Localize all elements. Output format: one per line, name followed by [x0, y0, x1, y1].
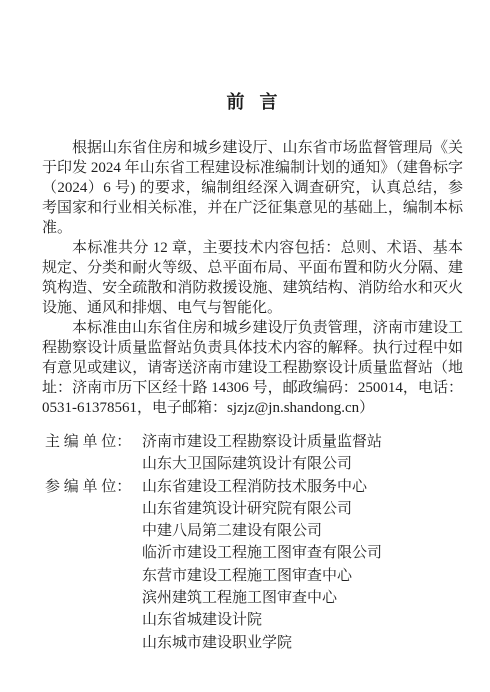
unit-row: 山东大卫国际建筑设计有限公司 [42, 453, 463, 475]
unit-name: 山东省建筑设计研究院有限公司 [142, 498, 463, 520]
unit-row: 山东省建筑设计研究院有限公司 [42, 498, 463, 520]
unit-row: 东营市建设工程施工图审查中心 [42, 565, 463, 587]
document-page: 前 言 根据山东省住房和城乡建设厅、山东省市场监督管理局《关于印发 2024 年… [0, 0, 490, 692]
unit-name: 山东大卫国际建筑设计有限公司 [142, 453, 463, 475]
editing-units-list: 主 编 单 位： 济南市建设工程勘察设计质量监督站 山东大卫国际建筑设计有限公司… [42, 431, 463, 654]
participating-editor-label: 参 编 单 位： [42, 476, 142, 498]
unit-row: 山东城市建设职业学院 [42, 632, 463, 654]
chief-editor-label: 主 编 单 位： [42, 431, 142, 453]
paragraph-basis: 根据山东省住房和城乡建设厅、山东省市场监督管理局《关于印发 2024 年山东省工… [42, 138, 463, 238]
unit-name: 济南市建设工程勘察设计质量监督站 [142, 431, 463, 453]
unit-row: 山东省城建设计院 [42, 609, 463, 631]
unit-row: 主 编 单 位： 济南市建设工程勘察设计质量监督站 [42, 431, 463, 453]
unit-name: 滨州建筑工程施工图审查中心 [142, 587, 463, 609]
paragraph-contents: 本标准共分 12 章，主要技术内容包括：总则、术语、基本规定、分类和耐火等级、总… [42, 238, 463, 318]
paragraph-management-contact: 本标准由山东省住房和城乡建设厅负责管理，济南市建设工程勘察设计质量监督站负责具体… [42, 318, 463, 418]
preface-body: 根据山东省住房和城乡建设厅、山东省市场监督管理局《关于印发 2024 年山东省工… [42, 138, 463, 418]
page-content: 前 言 根据山东省住房和城乡建设厅、山东省市场监督管理局《关于印发 2024 年… [0, 0, 490, 654]
unit-row: 中建八局第二建设有限公司 [42, 520, 463, 542]
page-title: 前 言 [42, 92, 463, 112]
unit-row: 滨州建筑工程施工图审查中心 [42, 587, 463, 609]
unit-name: 山东省城建设计院 [142, 609, 463, 631]
unit-name: 山东城市建设职业学院 [142, 632, 463, 654]
unit-name: 中建八局第二建设有限公司 [142, 520, 463, 542]
unit-name: 临沂市建设工程施工图审查有限公司 [142, 542, 463, 564]
unit-name: 东营市建设工程施工图审查中心 [142, 565, 463, 587]
unit-row: 临沂市建设工程施工图审查有限公司 [42, 542, 463, 564]
unit-row: 参 编 单 位： 山东省建设工程消防技术服务中心 [42, 476, 463, 498]
unit-name: 山东省建设工程消防技术服务中心 [142, 476, 463, 498]
